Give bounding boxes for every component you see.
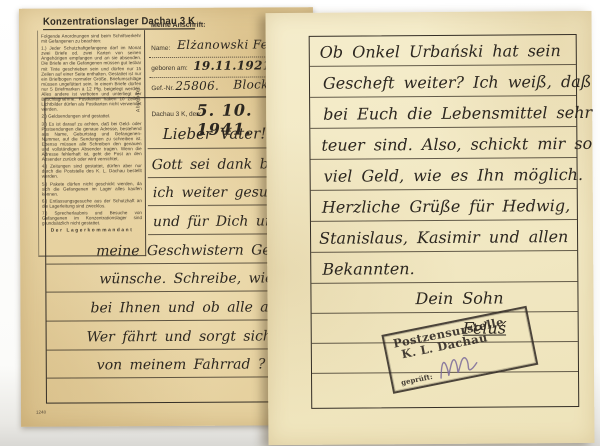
dateline-printed: Dachau 3 K, den:	[151, 111, 201, 118]
letter-line: Gott sei dank bin	[152, 154, 283, 175]
letter-line: viel Geld, wie es Ihn möglich.	[324, 163, 584, 189]
prisoner-number-label: Gef.-Nr.	[151, 85, 174, 92]
letter-line: Wer fährt und sorgt sich er	[87, 326, 295, 347]
letter-line: bei Euch die Lebensmittel sehr	[323, 101, 592, 127]
letter-second-page: Ob Onkel Urbański hat sein Gescheft weit…	[265, 11, 594, 445]
letter-line: von meinem Fahrrad ?	[97, 354, 266, 375]
rules-intro: Folgende Anordnungen sind beim Schriftve…	[41, 33, 141, 44]
letter-line: Gescheft weiter? Ich weiß, daß	[323, 70, 592, 96]
letter-line: und für Dich und	[153, 211, 283, 232]
letter-closing: Dein Sohn	[415, 286, 503, 311]
stamp-checked-label: geprüft:	[400, 372, 433, 387]
prisoner-number-value: 25806.	[175, 79, 219, 93]
letter-line: Stanislaus, Kasimir und allen	[319, 225, 568, 251]
letter-line: Bekannten.	[322, 257, 415, 282]
letter-line: Herzliche Grüße für Hedwig,	[322, 194, 570, 220]
letter-line: Lieber Vater!	[148, 123, 282, 144]
born-handwritten-value: 19.11.1921	[193, 58, 271, 72]
name-label: Name:	[151, 45, 170, 52]
born-label: geboren am:	[151, 65, 188, 72]
letter-line-text: Wer fährt und sorgt sich	[87, 328, 272, 345]
letter-line: Ob Onkel Urbański hat sein	[320, 39, 561, 65]
letter-line: teuer sind. Also, schickt mir so	[321, 132, 592, 158]
my-address-title: Meine Anschrift:	[151, 22, 206, 29]
form-print-number: 1248	[36, 410, 46, 415]
